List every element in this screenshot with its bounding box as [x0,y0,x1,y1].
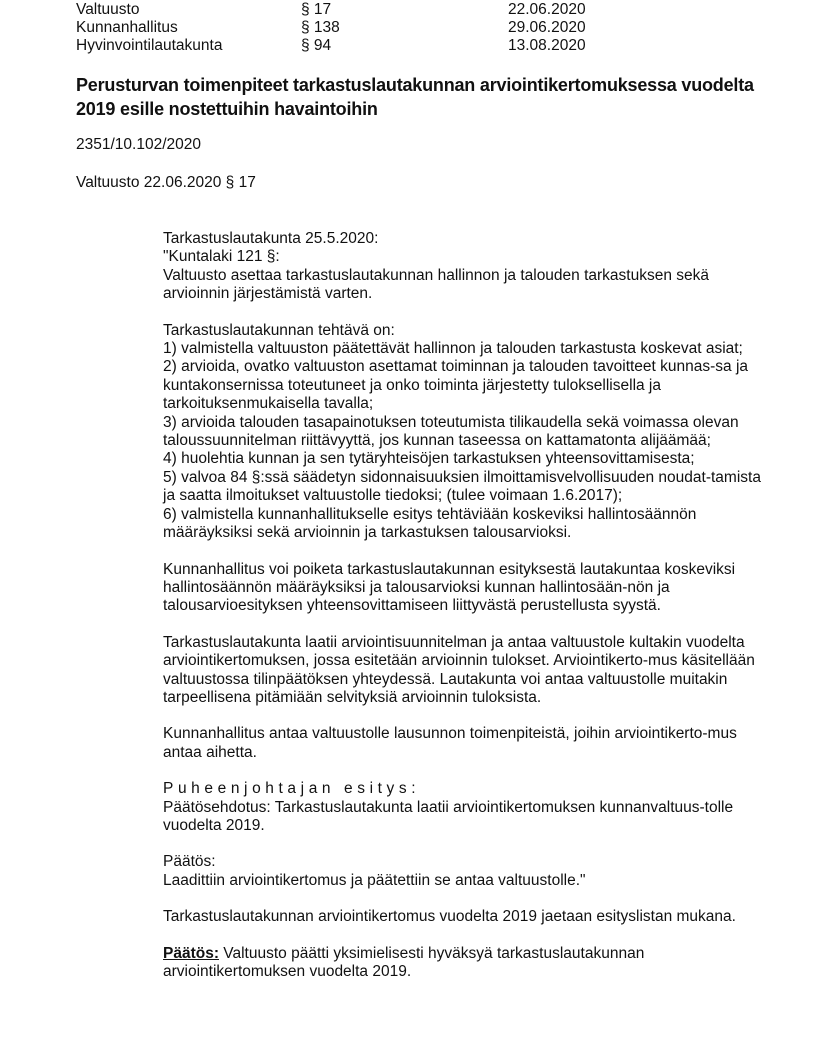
evaluation-plan-paragraph: Tarkastuslautakunta laatii arviointisuun… [163,634,763,708]
history-row: Hyvinvointilautakunta § 94 13.08.2020 [76,36,776,55]
history-body: Valtuusto [76,0,139,19]
history-section: § 17 [301,0,331,19]
chair-proposal-label: Puheenjohtajan esitys: [163,780,763,798]
document-body: Tarkastuslautakunta 25.5.2020: "Kuntalak… [163,230,763,981]
final-decision: Päätös: Valtuusto päätti yksimielisesti … [163,945,763,982]
distribution-note: Tarkastuslautakunnan arviointikertomus v… [163,908,763,926]
board-decision-text: Laadittiin arviointikertomus ja päätetti… [163,872,763,890]
intro-paragraph: Tarkastuslautakunta 25.5.2020: "Kuntalak… [163,230,763,304]
document-title: Perusturvan toimenpiteet tarkastuslautak… [76,73,756,121]
history-body: Hyvinvointilautakunta [76,36,222,55]
history-body: Kunnanhallitus [76,18,178,37]
history-row: Valtuusto § 17 22.06.2020 [76,0,776,19]
history-section: § 138 [301,18,340,37]
history-section: § 94 [301,36,331,55]
final-decision-label: Päätös: [163,945,219,962]
tasks-list: Tarkastuslautakunnan tehtävä on: 1) valm… [163,322,763,543]
history-date: 29.06.2020 [508,18,586,37]
deviation-paragraph: Kunnanhallitus voi poiketa tarkastuslaut… [163,561,763,616]
history-row: Kunnanhallitus § 138 29.06.2020 [76,18,776,37]
history-date: 13.08.2020 [508,36,586,55]
final-decision-text: Valtuusto päätti yksimielisesti hyväksyä… [163,945,644,980]
history-date: 22.06.2020 [508,0,586,19]
board-decision-heading: Päätös: [163,853,763,871]
statement-paragraph: Kunnanhallitus antaa valtuustolle lausun… [163,725,763,762]
decision-proposal: Päätösehdotus: Tarkastuslautakunta laati… [163,799,763,836]
record-number: 2351/10.102/2020 [76,135,201,154]
meeting-reference: Valtuusto 22.06.2020 § 17 [76,173,256,192]
